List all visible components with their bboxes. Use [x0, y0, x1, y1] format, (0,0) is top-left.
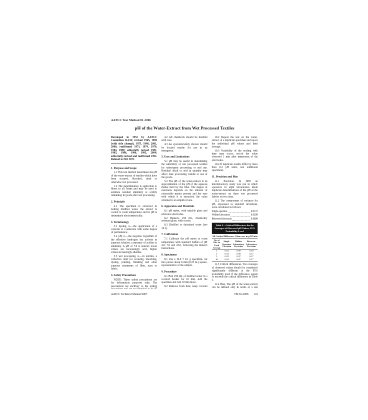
variance-label: Between-laboratory: [212, 217, 232, 220]
footer-right: TM 81-2006 101: [234, 293, 258, 296]
section-heading: 8. Specimens: [161, 253, 207, 256]
section-heading: 4. Safety Precautions: [111, 274, 157, 277]
paragraph: 10.4 If duplicate results differ by more…: [212, 163, 258, 172]
paragraph: 4.3 An eyewash/safety shower should be l…: [161, 143, 207, 152]
table-column-header: Between-Laboratory Precision: [245, 239, 258, 250]
section-heading: 2. Principle: [111, 200, 157, 203]
table-cell: 0.07: [232, 258, 245, 261]
method-number-header: AATCC Test Method 81-2006: [111, 118, 258, 122]
section-heading: 7. Calibration: [161, 233, 207, 236]
table-cell: 10: [212, 258, 222, 261]
paragraph: 2.1 The specimen is extracted in boiling…: [111, 205, 157, 218]
section-heading: 9. Procedure: [161, 270, 207, 273]
paragraph: NOTE: These safety precautions are for i…: [111, 278, 157, 289]
table-row: 100.020.070.17: [212, 258, 258, 261]
section-heading: 3. Terminology: [111, 220, 157, 223]
paragraph: 10.2 Repeat the test on the water-extrac…: [212, 136, 258, 149]
paragraph: 11.4 Bias. The pH of the water-extract c…: [212, 283, 258, 289]
table-title-band: Table I—Critical Differences for the Ave…: [212, 223, 258, 234]
document-page-inner: AATCC Test Method 81-2006 pH of the Wate…: [111, 118, 258, 296]
table-cell: 0.02: [222, 258, 233, 261]
text-column-3: 10.2 Repeat the test on the water-extrac…: [212, 136, 258, 289]
paragraph: 6.3 Distilled or deionized water (see 12…: [161, 224, 207, 230]
paragraph: 3.3 wet processing, n.—in textiles, a co…: [111, 255, 157, 271]
text-column-1: Developed in 1952 by AATCC Committee RA3…: [111, 136, 157, 289]
paragraph: 1.2 The determination is applicable to f…: [111, 185, 157, 198]
document-page: AATCC Test Method 81-2006 pH of the Wate…: [111, 118, 259, 302]
paragraph: 6.2 Beakers, 250 mL, chemically resistan…: [161, 217, 207, 223]
text-columns: Developed in 1952 by AATCC Committee RA3…: [111, 136, 258, 289]
paragraph: 5.1 pH may be useful in determining the …: [161, 160, 207, 179]
table-cell: 0.17: [245, 258, 258, 261]
page-title: pH of the Water-Extract from Wet Process…: [113, 126, 257, 131]
section-heading: 11. Precision and Bias: [212, 175, 258, 178]
paragraph: 4.2 All chemicals should be handled with…: [161, 136, 207, 142]
paragraph: 9.1 Boil 250 mL of distilled water in a …: [161, 275, 207, 284]
paragraph: 11.1 Precision. In 1995 an interlaborato…: [212, 180, 258, 199]
paragraph: 7.1 Calibrate the pH meter at room tempe…: [161, 238, 207, 251]
paragraph: 8.1 Use a 10.0 ± 0.1 g specimen, cut int…: [161, 258, 207, 267]
paragraph: 3.1 dyeing, n.—the application of a colo…: [111, 225, 157, 234]
table-column-header: Single-Operator Precision: [222, 239, 233, 250]
paragraph: 6.1 pH meter, with suitable glass and re…: [161, 210, 207, 216]
footer-page-number: 101: [254, 293, 258, 296]
variance-value: 0.0608: [251, 217, 258, 220]
paragraph: 3.2 pH, n.—the negative logarithm of the…: [111, 235, 157, 254]
footer-method-label: TM 81-2006: [234, 293, 248, 296]
section-heading: 5. Uses and Limitations: [161, 155, 207, 158]
paragraph: 11.3 Critical differences. Two averages …: [212, 263, 258, 282]
footer-manual-label: AATCC Technical Manual/2007: [111, 293, 147, 296]
precision-table: No. of Obs. in Each AverageSingle-Operat…: [212, 239, 258, 262]
section-heading: 1. Purpose and Scope: [111, 166, 157, 169]
section-heading: 6. Apparatus and Materials: [161, 205, 207, 208]
screenshot-canvas: { "document": { "header_meta": "AATCC Te…: [0, 0, 368, 420]
paragraph: 1.1 This test method determines the pH o…: [111, 171, 157, 184]
text-column-2: 4.2 All chemicals should be handled with…: [161, 136, 207, 289]
table-caption: All Critical Difference Values are in pH…: [212, 235, 258, 237]
table-column-header: Within-Laboratory Precision: [232, 239, 245, 250]
paragraph: 5.2 The pH of the water-extract is an ap…: [161, 180, 207, 202]
paragraph: 9.2 Remove from heat, keep covered and c…: [161, 285, 207, 289]
page-footer: AATCC Technical Manual/2007 TM 81-2006 1…: [111, 293, 258, 296]
paragraph: 10.3 Variability of the reading with tim…: [212, 149, 258, 162]
table-header-row: No. of Obs. in Each AverageSingle-Operat…: [212, 239, 258, 250]
variance-row: Between-laboratory0.0608: [212, 217, 258, 220]
paragraph: 11.2 The components of variance for pH, …: [212, 200, 258, 209]
history-note: Developed in 1952 by AATCC Committee RA3…: [111, 136, 157, 164]
table-column-header: No. of Obs. in Each Average: [212, 239, 222, 250]
